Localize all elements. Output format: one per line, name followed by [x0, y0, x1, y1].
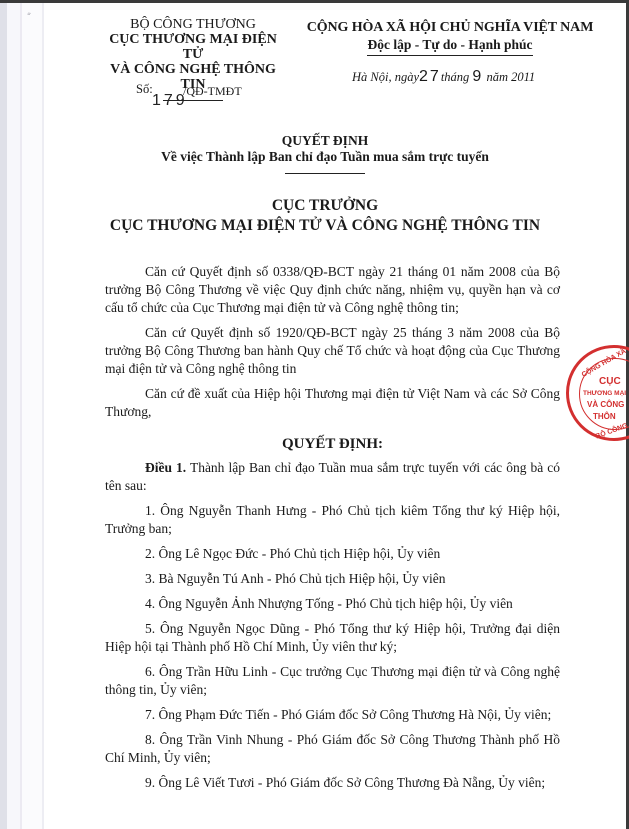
decision-heading: QUYẾT ĐỊNH	[100, 133, 550, 149]
national-motto: Độc lập - Tự do - Hạnh phúc	[367, 37, 532, 56]
nation-name: CỘNG HÒA XÃ HỘI CHỦ NGHĨA VIỆT NAM	[300, 20, 600, 36]
preamble-paragraph: Căn cứ Quyết định số 0338/QĐ-BCT ngày 21…	[105, 263, 560, 317]
ministry-name: BỘ CÔNG THƯƠNG	[98, 17, 288, 32]
seal-inner-text: THÔN	[593, 412, 616, 421]
issue-date: Hà Nội, ngày27tháng 9 năm 2011	[352, 68, 535, 86]
issuing-authority: CỤC TRƯỞNG CỤC THƯƠNG MẠI ĐIỆN TỬ VÀ CÔN…	[100, 196, 550, 236]
date-day: 27	[419, 68, 441, 85]
seal-inner-text: THƯƠNG MẠI	[583, 390, 626, 397]
member-item: 9. Ông Lê Viết Tươi - Phó Giám đốc Sở Cô…	[105, 774, 560, 792]
decision-section-heading: QUYẾT ĐỊNH:	[105, 435, 560, 453]
member-item: 8. Ông Trần Vinh Nhung - Phó Giám đốc Sở…	[105, 731, 560, 767]
member-item: 4. Ông Nguyễn Ảnh Nhượng Tống - Phó Chủ …	[105, 595, 560, 613]
title-divider	[285, 173, 365, 174]
date-prefix: Hà Nội, ngày	[352, 70, 419, 84]
national-header: CỘNG HÒA XÃ HỘI CHỦ NGHĨA VIỆT NAM Độc l…	[300, 20, 600, 56]
member-item: 5. Ông Nguyễn Ngọc Dũng - Phó Tổng thư k…	[105, 620, 560, 656]
date-year: năm 2011	[486, 70, 535, 84]
authority-title: CỤC TRƯỞNG	[100, 196, 550, 216]
document-number-code: /QĐ-TMĐT	[183, 84, 242, 99]
seal-inner-text: CỤC	[599, 376, 621, 387]
article-1-label: Điều 1.	[145, 460, 186, 475]
member-item: 2. Ông Lê Ngọc Đức - Phó Chủ tịch Hiệp h…	[105, 545, 560, 563]
article-1: Điều 1. Thành lập Ban chỉ đạo Tuần mua s…	[105, 459, 560, 495]
member-item: 3. Bà Nguyễn Tú Anh - Phó Chủ tịch Hiệp …	[105, 570, 560, 588]
member-item: 6. Ông Trần Hữu Linh - Cục trưởng Cục Th…	[105, 663, 560, 699]
seal-inner-text: VÀ CÔNG	[587, 400, 624, 409]
document-number-label: Số:	[136, 82, 153, 97]
authority-department: CỤC THƯƠNG MẠI ĐIỆN TỬ VÀ CÔNG NGHỆ THÔN…	[100, 216, 550, 236]
preamble-paragraph: Căn cứ Quyết định số 1920/QĐ-BCT ngày 25…	[105, 324, 560, 378]
date-month-label: tháng	[441, 70, 469, 84]
member-item: 1. Ông Nguyễn Thanh Hưng - Phó Chủ tịch …	[105, 502, 560, 538]
date-month: 9	[472, 68, 483, 85]
department-name-line1: CỤC THƯƠNG MẠI ĐIỆN TỬ	[98, 32, 288, 62]
document-body: Căn cứ Quyết định số 0338/QĐ-BCT ngày 21…	[105, 263, 560, 799]
preamble-paragraph: Căn cứ đề xuất của Hiệp hội Thương mại đ…	[105, 385, 560, 421]
official-seal-icon: CỘNG HÒA XÃ HỘI CHỦ CỤC THƯƠNG MẠI VÀ CÔ…	[566, 345, 629, 441]
document-page: BỘ CÔNG THƯƠNG CỤC THƯƠNG MẠI ĐIỆN TỬ VÀ…	[0, 0, 629, 829]
decision-title: QUYẾT ĐỊNH Về việc Thành lập Ban chỉ đạo…	[100, 133, 550, 174]
member-item: 7. Ông Phạm Đức Tiến - Phó Giám đốc Sở C…	[105, 706, 560, 724]
decision-subject: Về việc Thành lập Ban chỉ đạo Tuần mua s…	[100, 149, 550, 165]
